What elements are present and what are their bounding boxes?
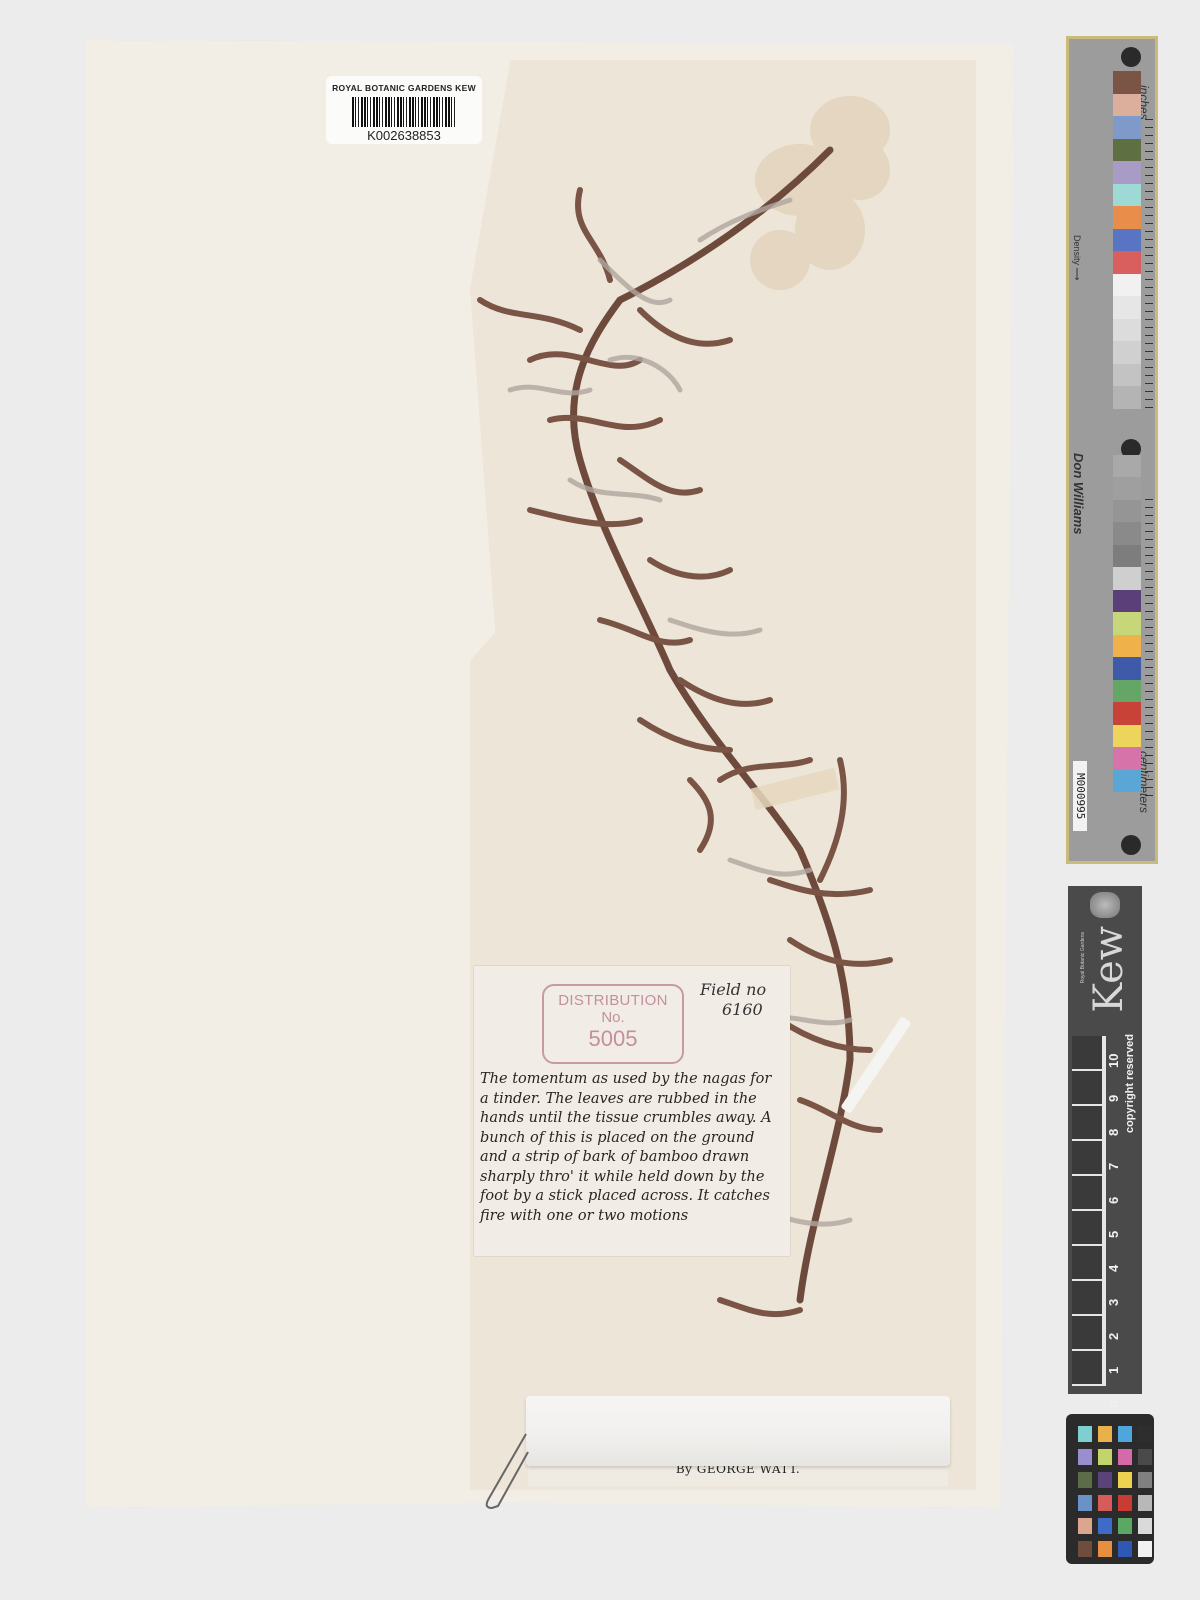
inch-ruler (1145, 119, 1153, 409)
scale-tick-label: 0 (1106, 1374, 1121, 1408)
checker-swatch (1118, 1518, 1132, 1534)
color-patch (1113, 590, 1141, 613)
strip-id: M000995 (1073, 761, 1087, 831)
color-patch (1113, 747, 1141, 770)
color-patch (1113, 500, 1141, 523)
brand-label: Don Williams (1071, 453, 1086, 535)
scale-tick-label: 2 (1106, 1306, 1121, 1340)
color-patch (1113, 229, 1141, 252)
field-no-label: Field no (700, 980, 790, 1000)
scale-tick-label: 10 (1106, 1034, 1121, 1068)
color-patch (1113, 71, 1141, 94)
scale-tick-label: 9 (1106, 1068, 1121, 1102)
checker-swatch (1138, 1426, 1152, 1442)
checker-swatch (1098, 1541, 1112, 1557)
color-patch (1113, 680, 1141, 703)
color-patch (1113, 455, 1141, 478)
stamp-title: DISTRIBUTION (544, 992, 682, 1009)
checker-swatch (1078, 1449, 1092, 1465)
distribution-label: DISTRIBUTION No. 5005 Field no 6160 The … (474, 966, 790, 1256)
distribution-stamp: DISTRIBUTION No. 5005 (542, 984, 684, 1064)
color-patch (1113, 364, 1141, 387)
scale-tick-label: 4 (1106, 1238, 1121, 1272)
checker-swatch (1118, 1495, 1132, 1511)
field-number: Field no 6160 (700, 980, 790, 1020)
checker-swatch (1138, 1449, 1152, 1465)
stamp-number: 5005 (544, 1026, 682, 1052)
checker-swatch (1118, 1449, 1132, 1465)
color-patch (1113, 116, 1141, 139)
checker-swatch (1098, 1449, 1112, 1465)
field-no-value: 6160 (700, 1000, 790, 1020)
checker-swatch (1098, 1495, 1112, 1511)
checker-swatch (1098, 1518, 1112, 1534)
barcode-number: K002638853 (326, 128, 482, 143)
scale-tick-label: 1 (1106, 1340, 1121, 1374)
scale-tick-label: 8 (1106, 1102, 1121, 1136)
rolled-paper-packet (526, 1396, 950, 1466)
checker-swatch (1078, 1541, 1092, 1557)
scale-tick-label: 3 (1106, 1272, 1121, 1306)
density-label: Density ⟶ (1072, 235, 1082, 280)
color-patch (1113, 139, 1141, 162)
checker-swatch (1138, 1541, 1152, 1557)
scale-tick-label: 5 (1106, 1204, 1121, 1238)
barcode (352, 97, 456, 127)
barcode-label: ROYAL BOTANIC GARDENS KEW K002638853 (326, 76, 482, 144)
scale-tick-label: 6 (1106, 1170, 1121, 1204)
stamp-no-label: No. (544, 1009, 682, 1026)
color-calibration-strip: inches centimeters Density ⟶ Don William… (1066, 36, 1158, 864)
color-patch (1113, 341, 1141, 364)
checker-swatch (1118, 1472, 1132, 1488)
color-patch (1113, 386, 1141, 409)
color-patch (1113, 725, 1141, 748)
color-patch (1113, 94, 1141, 117)
strip-hole (1121, 835, 1141, 855)
checker-swatch (1138, 1518, 1152, 1534)
color-patches (1113, 71, 1141, 792)
color-patch (1113, 522, 1141, 545)
color-patch (1113, 657, 1141, 680)
scale-bars (1072, 1036, 1106, 1386)
color-patch (1113, 184, 1141, 207)
color-patch (1113, 319, 1141, 342)
kew-logo: Kew (1086, 926, 1132, 1013)
color-patch (1113, 477, 1141, 500)
cm-ruler (1145, 499, 1153, 799)
flower-head (750, 96, 890, 290)
color-patch (1113, 296, 1141, 319)
kew-scale-bar: Royal Botanic Gardens Kew 109876543210 c… (1068, 886, 1142, 1394)
color-patch (1113, 161, 1141, 184)
color-patch (1113, 612, 1141, 635)
color-patch (1113, 702, 1141, 725)
checker-swatch (1078, 1518, 1092, 1534)
color-patch (1113, 206, 1141, 229)
checker-swatch (1098, 1426, 1112, 1442)
checker-swatch (1078, 1495, 1092, 1511)
color-patch (1113, 635, 1141, 658)
checker-swatch (1138, 1472, 1152, 1488)
handwritten-note: The tomentum as used by the nagas for a … (480, 1070, 784, 1226)
checker-swatch (1098, 1472, 1112, 1488)
paperclip-icon (474, 1430, 534, 1510)
color-patch (1113, 770, 1141, 793)
checker-swatch (1118, 1541, 1132, 1557)
institution-name: ROYAL BOTANIC GARDENS KEW (326, 83, 482, 93)
scale-tick-label: 7 (1106, 1136, 1121, 1170)
color-patch (1113, 251, 1141, 274)
checker-swatch (1078, 1472, 1092, 1488)
color-checker-card (1066, 1414, 1154, 1564)
checker-swatch (1118, 1426, 1132, 1442)
color-patch (1113, 567, 1141, 590)
strip-hole (1121, 47, 1141, 67)
scale-ticks: 109876543210 (1106, 1034, 1122, 1408)
checker-swatch (1078, 1426, 1092, 1442)
kew-crest-icon (1090, 892, 1120, 918)
color-patch (1113, 545, 1141, 568)
copyright-label: copyright reserved (1124, 1034, 1136, 1133)
checker-swatch (1138, 1495, 1152, 1511)
color-patch (1113, 274, 1141, 297)
